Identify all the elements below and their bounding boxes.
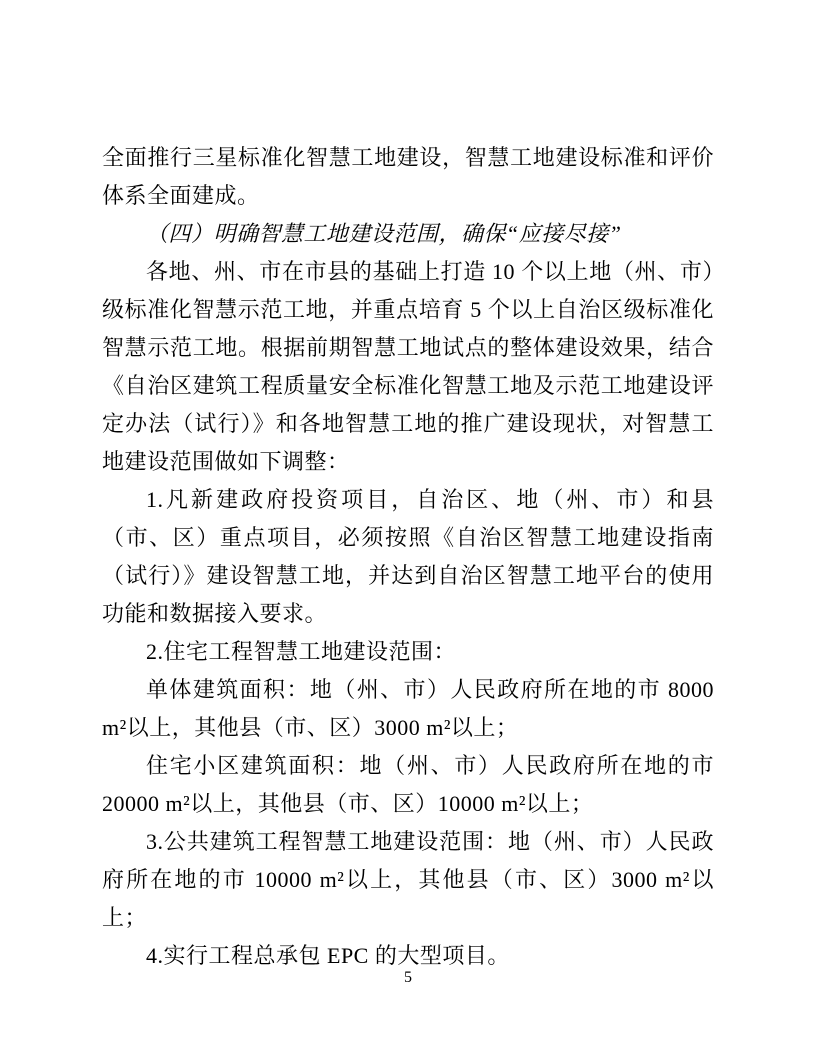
section-heading: （四）明确智慧工地建设范围，确保“应接尽接” <box>102 215 714 253</box>
page-number: 5 <box>0 968 816 988</box>
paragraph-item-1: 1.凡新建政府投资项目，自治区、地（州、市）和县（市、区）重点项目，必须按照《自… <box>102 481 714 633</box>
document-body: 全面推行三星标准化智慧工地建设，智慧工地建设标准和评价体系全面建成。 （四）明确… <box>102 139 714 975</box>
paragraph-item-2-residential-area: 住宅小区建筑面积：地（州、市）人民政府所在地的市 20000 m²以上，其他县（… <box>102 747 714 823</box>
paragraph-continuation: 全面推行三星标准化智慧工地建设，智慧工地建设标准和评价体系全面建成。 <box>102 139 714 215</box>
document-page: 全面推行三星标准化智慧工地建设，智慧工地建设标准和评价体系全面建成。 （四）明确… <box>0 0 816 1056</box>
paragraph-item-2: 2.住宅工程智慧工地建设范围： <box>102 633 714 671</box>
paragraph-item-2-single-building: 单体建筑面积：地（州、市）人民政府所在地的市 8000 m²以上，其他县（市、区… <box>102 671 714 747</box>
paragraph-scope-intro: 各地、州、市在市县的基础上打造 10 个以上地（州、市）级标准化智慧示范工地，并… <box>102 253 714 481</box>
paragraph-item-3: 3.公共建筑工程智慧工地建设范围：地（州、市）人民政府所在地的市 10000 m… <box>102 823 714 937</box>
